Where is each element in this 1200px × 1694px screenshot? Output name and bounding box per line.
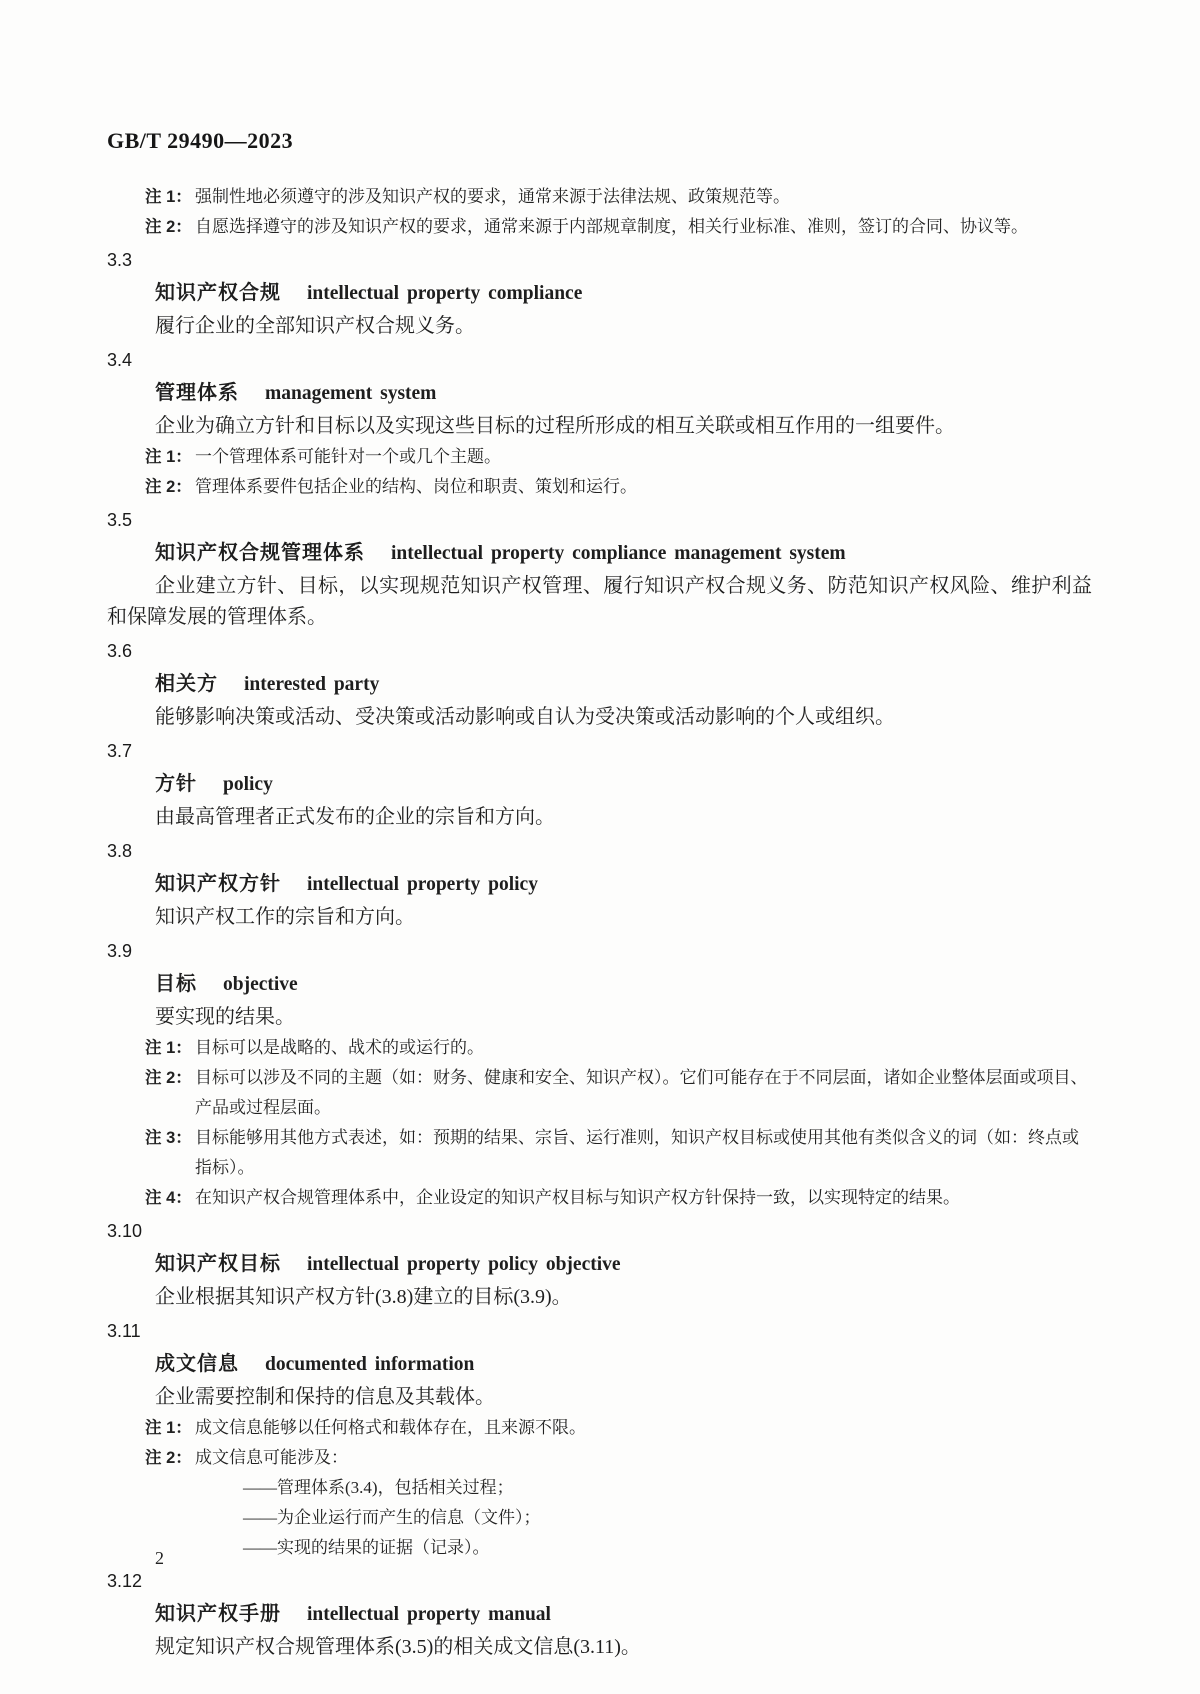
term-heading: 知识产权手册intellectual property manual (107, 1598, 1092, 1632)
note: 注 1：一个管理体系可能针对一个或几个主题。 (107, 442, 1092, 472)
term-number: 3.9 (107, 936, 1092, 966)
term-number: 3.3 (107, 245, 1092, 275)
term-heading: 方针policy (107, 768, 1092, 802)
term-heading: 知识产权方针intellectual property policy (107, 868, 1092, 902)
term-entry-3.9: 3.9 目标objective 要实现的结果。 注 1：目标可以是战略的、战术的… (107, 936, 1092, 1213)
note-label: 注 4： (145, 1183, 195, 1213)
term-definition: 履行企业的全部知识产权合规义务。 (107, 311, 1092, 342)
term-definition: 企业建立方针、目标，以实现规范知识产权管理、履行知识产权合规义务、防范知识产权风… (107, 571, 1092, 633)
note-text: 目标可以涉及不同的主题（如：财务、健康和安全、知识产权）。它们可能存在于不同层面… (195, 1068, 1088, 1117)
term-chinese: 知识产权方针 (155, 873, 281, 895)
term-heading: 知识产权目标intellectual property policy objec… (107, 1248, 1092, 1282)
term-entry-3.6: 3.6 相关方interested party 能够影响决策或活动、受决策或活动… (107, 636, 1092, 733)
note-list-item: ——管理体系(3.4)，包括相关过程； (195, 1473, 1092, 1503)
term-heading: 目标objective (107, 968, 1092, 1002)
standard-number-header: GB/T 29490—2023 (107, 128, 1092, 154)
note-list: ——管理体系(3.4)，包括相关过程；——为企业运行而产生的信息（文件）；——实… (195, 1473, 1092, 1563)
note-text: 成文信息能够以任何格式和载体存在，且来源不限。 (195, 1418, 586, 1437)
term-english: intellectual property compliance managem… (391, 543, 846, 564)
term-chinese: 方针 (155, 773, 197, 795)
term-notes: 注 1：一个管理体系可能针对一个或几个主题。注 2：管理体系要件包括企业的结构、… (107, 442, 1092, 502)
note: 注 2：管理体系要件包括企业的结构、岗位和职责、策划和运行。 (107, 472, 1092, 502)
term-definition: 由最高管理者正式发布的企业的宗旨和方向。 (107, 802, 1092, 833)
note: 注 1：目标可以是战略的、战术的或运行的。 (107, 1033, 1092, 1063)
note: 注 2：成文信息可能涉及：——管理体系(3.4)，包括相关过程；——为企业运行而… (107, 1443, 1092, 1563)
term-entry-3.10: 3.10 知识产权目标intellectual property policy … (107, 1216, 1092, 1313)
term-definition: 企业根据其知识产权方针(3.8)建立的目标(3.9)。 (107, 1282, 1092, 1313)
term-definition: 企业需要控制和保持的信息及其载体。 (107, 1382, 1092, 1413)
term-heading: 知识产权合规intellectual property compliance (107, 277, 1092, 311)
page-number: 2 (155, 1548, 164, 1569)
term-entry-3.11: 3.11 成文信息documented information 企业需要控制和保… (107, 1316, 1092, 1563)
term-number: 3.8 (107, 836, 1092, 866)
term-english: intellectual property policy objective (307, 1254, 621, 1275)
term-english: management system (265, 383, 436, 404)
note-text: 目标能够用其他方式表述，如：预期的结果、宗旨、运行准则，知识产权目标或使用其他有… (195, 1128, 1079, 1177)
note: 注 1：成文信息能够以任何格式和载体存在，且来源不限。 (107, 1413, 1092, 1443)
term-number: 3.12 (107, 1566, 1092, 1596)
term-definition: 知识产权工作的宗旨和方向。 (107, 902, 1092, 933)
note: 注 3：目标能够用其他方式表述，如：预期的结果、宗旨、运行准则，知识产权目标或使… (107, 1123, 1092, 1183)
term-heading: 相关方interested party (107, 668, 1092, 702)
note-list-item: ——为企业运行而产生的信息（文件）； (195, 1503, 1092, 1533)
term-notes: 注 1：成文信息能够以任何格式和载体存在，且来源不限。注 2：成文信息可能涉及：… (107, 1413, 1092, 1563)
term-chinese: 管理体系 (155, 382, 239, 404)
term-chinese: 目标 (155, 973, 197, 995)
document-page: GB/T 29490—2023 注 1：强制性地必须遵守的涉及知识产权的要求，通… (0, 0, 1200, 1694)
term-entry-3.4: 3.4 管理体系management system 企业为确立方针和目标以及实现… (107, 345, 1092, 502)
term-entry-3.12: 3.12 知识产权手册intellectual property manual … (107, 1566, 1092, 1663)
note-label: 注 1： (145, 1413, 195, 1443)
term-heading: 成文信息documented information (107, 1348, 1092, 1382)
term-english: intellectual property policy (307, 874, 538, 895)
term-number: 3.6 (107, 636, 1092, 666)
term-english: objective (223, 974, 298, 995)
term-english: documented information (265, 1354, 474, 1375)
term-definition: 能够影响决策或活动、受决策或活动影响或自认为受决策或活动影响的个人或组织。 (107, 702, 1092, 733)
note-label: 注 1： (145, 1033, 195, 1063)
note-text: 在知识产权合规管理体系中，企业设定的知识产权目标与知识产权方针保持一致，以实现特… (195, 1188, 960, 1207)
term-english: intellectual property compliance (307, 283, 582, 304)
note-text: 成文信息可能涉及： (195, 1448, 348, 1467)
note-label: 注 2： (145, 472, 195, 502)
term-definition: 要实现的结果。 (107, 1002, 1092, 1033)
term-chinese: 知识产权合规 (155, 282, 281, 304)
term-heading: 管理体系management system (107, 377, 1092, 411)
note-text: 目标可以是战略的、战术的或运行的。 (195, 1038, 484, 1057)
note: 注 2：自愿选择遵守的涉及知识产权的要求，通常来源于内部规章制度，相关行业标准、… (107, 212, 1092, 242)
term-entry-3.7: 3.7 方针policy 由最高管理者正式发布的企业的宗旨和方向。 (107, 736, 1092, 833)
note-label: 注 2： (145, 1063, 195, 1093)
term-definition: 企业为确立方针和目标以及实现这些目标的过程所形成的相互关联或相互作用的一组要件。 (107, 411, 1092, 442)
term-heading: 知识产权合规管理体系intellectual property complian… (107, 537, 1092, 571)
term-chinese: 知识产权合规管理体系 (155, 542, 365, 564)
term-chinese: 成文信息 (155, 1353, 239, 1375)
note-label: 注 1： (145, 182, 195, 212)
note: 注 1：强制性地必须遵守的涉及知识产权的要求，通常来源于法律法规、政策规范等。 (107, 182, 1092, 212)
term-english: intellectual property manual (307, 1604, 551, 1625)
terms-list: 3.3 知识产权合规intellectual property complian… (107, 245, 1092, 1663)
note-text: 自愿选择遵守的涉及知识产权的要求，通常来源于内部规章制度，相关行业标准、准则，签… (195, 217, 1028, 236)
term-number: 3.10 (107, 1216, 1092, 1246)
term-english: policy (223, 774, 273, 795)
note-list-item: ——实现的结果的证据（记录）。 (195, 1533, 1092, 1563)
term-chinese: 知识产权目标 (155, 1253, 281, 1275)
note-label: 注 2： (145, 1443, 195, 1473)
note-label: 注 3： (145, 1123, 195, 1153)
note-text: 管理体系要件包括企业的结构、岗位和职责、策划和运行。 (195, 477, 637, 496)
term-entry-3.8: 3.8 知识产权方针intellectual property policy 知… (107, 836, 1092, 933)
term-chinese: 相关方 (155, 673, 218, 695)
leading-notes: 注 1：强制性地必须遵守的涉及知识产权的要求，通常来源于法律法规、政策规范等。注… (107, 182, 1092, 242)
note: 注 4：在知识产权合规管理体系中，企业设定的知识产权目标与知识产权方针保持一致，… (107, 1183, 1092, 1213)
term-chinese: 知识产权手册 (155, 1603, 281, 1625)
term-number: 3.4 (107, 345, 1092, 375)
note: 注 2：目标可以涉及不同的主题（如：财务、健康和安全、知识产权）。它们可能存在于… (107, 1063, 1092, 1123)
term-english: interested party (244, 674, 379, 695)
note-text: 一个管理体系可能针对一个或几个主题。 (195, 447, 501, 466)
note-text: 强制性地必须遵守的涉及知识产权的要求，通常来源于法律法规、政策规范等。 (195, 187, 790, 206)
page-content: 注 1：强制性地必须遵守的涉及知识产权的要求，通常来源于法律法规、政策规范等。注… (107, 182, 1092, 1663)
term-definition: 规定知识产权合规管理体系(3.5)的相关成文信息(3.11)。 (107, 1632, 1092, 1663)
note-label: 注 2： (145, 212, 195, 242)
term-number: 3.11 (107, 1316, 1092, 1346)
term-number: 3.5 (107, 505, 1092, 535)
term-notes: 注 1：目标可以是战略的、战术的或运行的。注 2：目标可以涉及不同的主题（如：财… (107, 1033, 1092, 1213)
term-entry-3.3: 3.3 知识产权合规intellectual property complian… (107, 245, 1092, 342)
term-entry-3.5: 3.5 知识产权合规管理体系intellectual property comp… (107, 505, 1092, 633)
note-label: 注 1： (145, 442, 195, 472)
term-number: 3.7 (107, 736, 1092, 766)
